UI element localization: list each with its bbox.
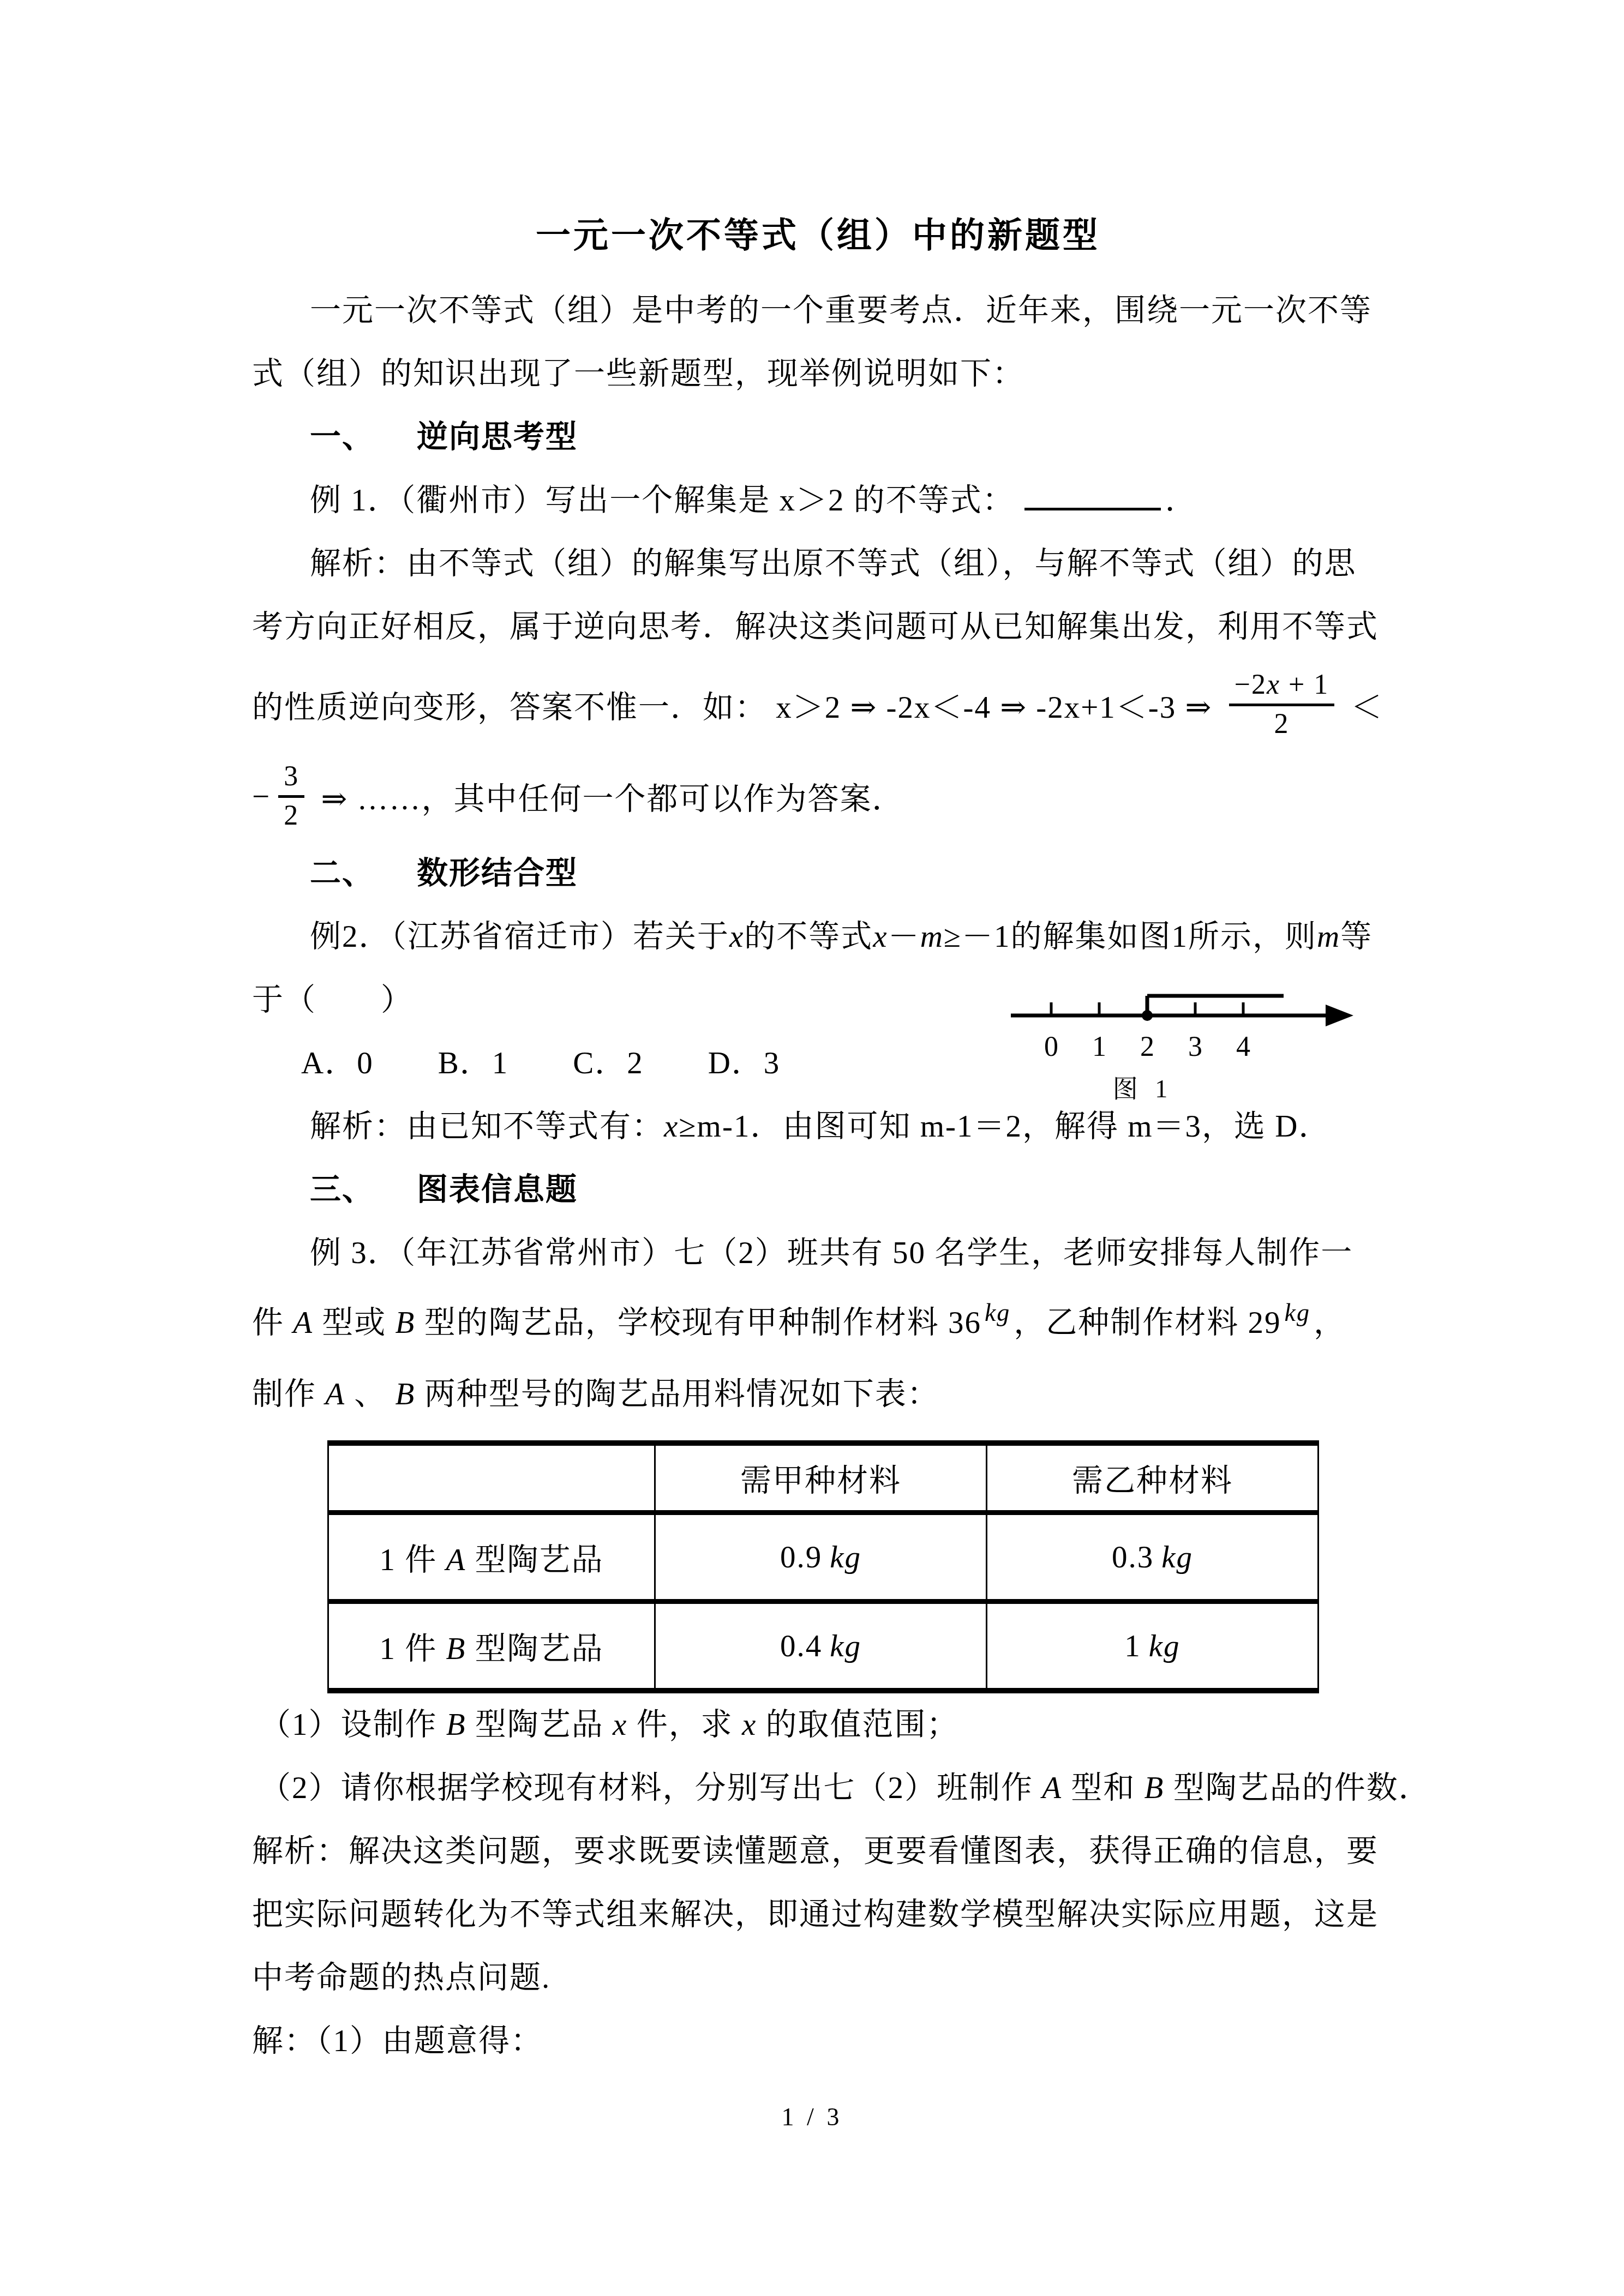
q1-var-B: B xyxy=(446,1708,466,1742)
example-1-period: ． xyxy=(1165,483,1197,518)
ex3-unit-kg: kg xyxy=(1281,1299,1314,1326)
question-1: （1）设制作 B 型陶艺品 x 件，求 x 的取值范围； xyxy=(252,1693,1384,1757)
ex2-text-a: 例2．（江苏省宿迁市）若关于 xyxy=(310,919,729,954)
section-3-heading: 三、图表信息题 xyxy=(252,1158,1384,1222)
ex3-text-d: ，乙种制作材料 29 xyxy=(1014,1306,1281,1340)
fraction-neg-2x-plus-1-over-2: −2x + 12 xyxy=(1229,669,1335,740)
ex2-text-c: － xyxy=(888,919,920,954)
unit-kg: kg xyxy=(830,1540,861,1574)
ex3-text-h: 两种型号的陶艺品用料情况如下表： xyxy=(415,1377,939,1411)
ex1-solution-line-2: 考方向正好相反，属于逆向思考．解决这类问题可从已知解集出发，利用不等式 xyxy=(252,596,1384,659)
answer-blank xyxy=(1024,477,1161,510)
section-2-title: 数形结合型 xyxy=(417,856,578,891)
ex3-solution-line-1: 解析：解决这类问题，要求既要读懂题意，更要看懂图表，获得正确的信息，要 xyxy=(252,1820,1384,1883)
closed-endpoint-dot xyxy=(1142,1010,1153,1021)
section-1-number: 一、 xyxy=(310,420,374,454)
ex1-math-chain: 的性质逆向变形，答案不惟一．如： x＞2 ⇒ -2x＜-4 ⇒ -2x+1＜-3… xyxy=(252,682,1221,727)
ex3-var-B: B xyxy=(395,1306,416,1340)
ex2-text-e: 等 xyxy=(1340,919,1373,954)
ex3-text-f: 制作 xyxy=(252,1377,325,1411)
q1-text-b: 型陶艺品 xyxy=(466,1708,613,1742)
fraction-denominator: 2 xyxy=(278,798,304,832)
row-b-label-pre: 1 件 xyxy=(379,1632,446,1666)
fraction-denominator: 2 xyxy=(1229,706,1335,740)
row-a-var: A xyxy=(446,1543,466,1577)
cell-a-jia-value: 0.9 xyxy=(780,1540,822,1574)
ex1-conclusion: ⇒ ……，其中任何一个都可以作为答案． xyxy=(312,774,904,819)
q1-text-c: 件，求 xyxy=(627,1708,742,1742)
unit-kg: kg xyxy=(830,1629,861,1663)
cell-a-jia: 0.9kg xyxy=(655,1513,986,1602)
ex1-minus-sign: − xyxy=(252,779,271,814)
document-page: 一元一次不等式（组）中的新题型 一元一次不等式（组）是中考的一个重要考点．近年来… xyxy=(0,0,1624,2296)
ex2-sol-var-x: x xyxy=(664,1109,679,1144)
ex2-var-x: x xyxy=(873,919,888,954)
frac-num-var-x: x xyxy=(1267,669,1280,700)
cell-a-yi-value: 0.3 xyxy=(1112,1540,1154,1574)
row-b-var: B xyxy=(446,1632,466,1666)
ex1-solution-line-1: 解析：由不等式（组）的解集写出原不等式（组），与解不等式（组）的思 xyxy=(252,532,1384,596)
ex3-solution-line-4: 解：（1）由题意得： xyxy=(252,2010,1384,2073)
ex3-var-A: A xyxy=(325,1377,345,1411)
section-2-number: 二、 xyxy=(310,856,374,891)
unit-kg: kg xyxy=(1161,1540,1193,1574)
number-line-svg: 0 1 2 3 4 xyxy=(1006,982,1356,1065)
ex2-text-b: 的不等式 xyxy=(744,919,873,954)
row-a-label-post: 型陶艺品 xyxy=(466,1543,603,1577)
q2-text-b: 型和 xyxy=(1062,1771,1144,1805)
unit-kg: kg xyxy=(1149,1629,1180,1663)
fraction-numerator: 3 xyxy=(278,761,304,797)
ex1-solution-line-3: 的性质逆向变形，答案不惟一．如： x＞2 ⇒ -2x＜-4 ⇒ -2x+1＜-3… xyxy=(252,659,1384,750)
ex2-text-d: ≥－1的解集如图1所示，则 xyxy=(944,919,1317,954)
ex3-text-b: 型或 xyxy=(313,1306,395,1340)
q2-text-a: （2）请你根据学校现有材料，分别写出七（2）班制作 xyxy=(260,1771,1042,1805)
section-1-heading: 一、逆向思考型 xyxy=(252,406,1384,469)
q1-var-x: x xyxy=(613,1708,627,1742)
section-3-number: 三、 xyxy=(310,1173,374,1207)
ex2-var-m: m xyxy=(920,919,944,954)
fraction-3-over-2: 32 xyxy=(278,761,304,831)
ex3-var-B: B xyxy=(395,1377,416,1411)
ex3-solution-line-3: 中考命题的热点问题. xyxy=(252,1946,1384,2010)
ex3-text-e: ， xyxy=(1314,1306,1346,1340)
q2-var-B: B xyxy=(1144,1771,1165,1805)
tick-label-1: 1 xyxy=(1092,1031,1106,1062)
col-header-material-yi: 需乙种材料 xyxy=(986,1443,1318,1513)
example-3-stem-line-2: 件 A 型或 B 型的陶艺品，学校现有甲种制作材料 36kg，乙种制作材料 29… xyxy=(252,1285,1384,1363)
cell-b-yi-value: 1 xyxy=(1124,1629,1141,1663)
table-header-row: 需甲种材料 需乙种材料 xyxy=(328,1443,1319,1513)
frac-num-part2: + 1 xyxy=(1280,669,1329,700)
table-row-type-a: 1 件 A 型陶艺品 0.9kg 0.3kg xyxy=(328,1513,1319,1602)
cell-b-jia-value: 0.4 xyxy=(780,1629,822,1663)
q2-var-A: A xyxy=(1042,1771,1062,1805)
example-3-stem-line-1: 例 3．（年江苏省常州市）七（2）班共有 50 名学生，老师安排每人制作一 xyxy=(252,1222,1384,1285)
document-content: 一元一次不等式（组）中的新题型 一元一次不等式（组）是中考的一个重要考点．近年来… xyxy=(252,214,1384,2073)
ex3-var-A: A xyxy=(293,1306,313,1340)
table-corner-cell xyxy=(328,1443,655,1513)
ex2-sol-b: ≥m-1．由图可知 m-1＝2，解得 m＝3，选 D． xyxy=(679,1109,1331,1144)
ex3-text-g: 、 xyxy=(345,1377,395,1411)
ex2-var-x: x xyxy=(729,919,744,954)
figure-1-number-line: 0 1 2 3 4 图 1 xyxy=(1006,982,1356,1105)
table-row-type-b: 1 件 B 型陶艺品 0.4kg 1kg xyxy=(328,1602,1319,1691)
tick-label-2: 2 xyxy=(1140,1031,1154,1062)
materials-table: 需甲种材料 需乙种材料 1 件 A 型陶艺品 0.9kg 0.3kg 1 件 B… xyxy=(327,1440,1319,1693)
q1-text-d: 的取值范围； xyxy=(757,1708,958,1742)
row-label-type-a: 1 件 A 型陶艺品 xyxy=(328,1513,655,1602)
row-label-type-b: 1 件 B 型陶艺品 xyxy=(328,1602,655,1691)
section-3-title: 图表信息题 xyxy=(417,1173,578,1207)
question-2: （2）请你根据学校现有材料，分别写出七（2）班制作 A 型和 B 型陶艺品的件数… xyxy=(252,1757,1384,1820)
figure-1-caption: 图 1 xyxy=(1006,1069,1279,1105)
tick-label-0: 0 xyxy=(1044,1031,1058,1062)
cell-b-jia: 0.4kg xyxy=(655,1602,986,1691)
section-2-heading: 二、数形结合型 xyxy=(252,842,1384,905)
tick-label-4: 4 xyxy=(1236,1031,1250,1062)
row-b-label-post: 型陶艺品 xyxy=(466,1632,603,1666)
q1-var-x: x xyxy=(742,1708,757,1742)
row-a-label-pre: 1 件 xyxy=(379,1543,446,1577)
ex2-sol-a: 解析：由已知不等式有： xyxy=(310,1109,664,1144)
tick-label-3: 3 xyxy=(1188,1031,1202,1062)
example-3-stem-line-3: 制作 A 、 B 两种型号的陶艺品用料情况如下表： xyxy=(252,1363,1384,1426)
example-1-text: 例 1．（衢州市）写出一个解集是 x＞2 的不等式： xyxy=(310,483,1015,518)
q2-text-c: 型陶艺品的件数． xyxy=(1164,1771,1430,1805)
example-1-stem: 例 1．（衢州市）写出一个解集是 x＞2 的不等式：． xyxy=(252,469,1384,532)
frac-num-part1: −2 xyxy=(1235,669,1267,700)
cell-a-yi: 0.3kg xyxy=(986,1513,1318,1602)
ex3-text-c: 型的陶艺品，学校现有甲种制作材料 36 xyxy=(415,1306,981,1340)
section-1-title: 逆向思考型 xyxy=(417,420,578,454)
q1-text-a: （1）设制作 xyxy=(260,1708,446,1742)
cell-b-yi: 1kg xyxy=(986,1602,1318,1691)
fraction-numerator: −2x + 1 xyxy=(1229,669,1335,706)
page-title: 一元一次不等式（组）中的新题型 xyxy=(252,214,1384,257)
axis-arrowhead xyxy=(1326,1005,1353,1026)
ex1-less-than: ＜ xyxy=(1342,682,1383,727)
ex3-unit-kg: kg xyxy=(981,1299,1014,1326)
intro-line-1: 一元一次不等式（组）是中考的一个重要考点．近年来，围绕一元一次不等 xyxy=(252,279,1384,342)
col-header-material-jia: 需甲种材料 xyxy=(655,1443,986,1513)
ex3-text-a: 件 xyxy=(252,1306,293,1340)
ex1-solution-line-4: −32 ⇒ ……，其中任何一个都可以作为答案． xyxy=(252,750,1384,842)
intro-line-2: 式（组）的知识出现了一些新题型，现举例说明如下： xyxy=(252,342,1384,406)
ex2-var-m: m xyxy=(1317,919,1340,954)
ex3-solution-line-2: 把实际问题转化为不等式组来解决，即通过构建数学模型解决实际应用题，这是 xyxy=(252,1883,1384,1946)
page-number: 1 / 3 xyxy=(0,2101,1624,2133)
example-2-stem-line-1: 例2．（江苏省宿迁市）若关于x的不等式x－m≥－1的解集如图1所示，则m等 xyxy=(252,905,1384,969)
